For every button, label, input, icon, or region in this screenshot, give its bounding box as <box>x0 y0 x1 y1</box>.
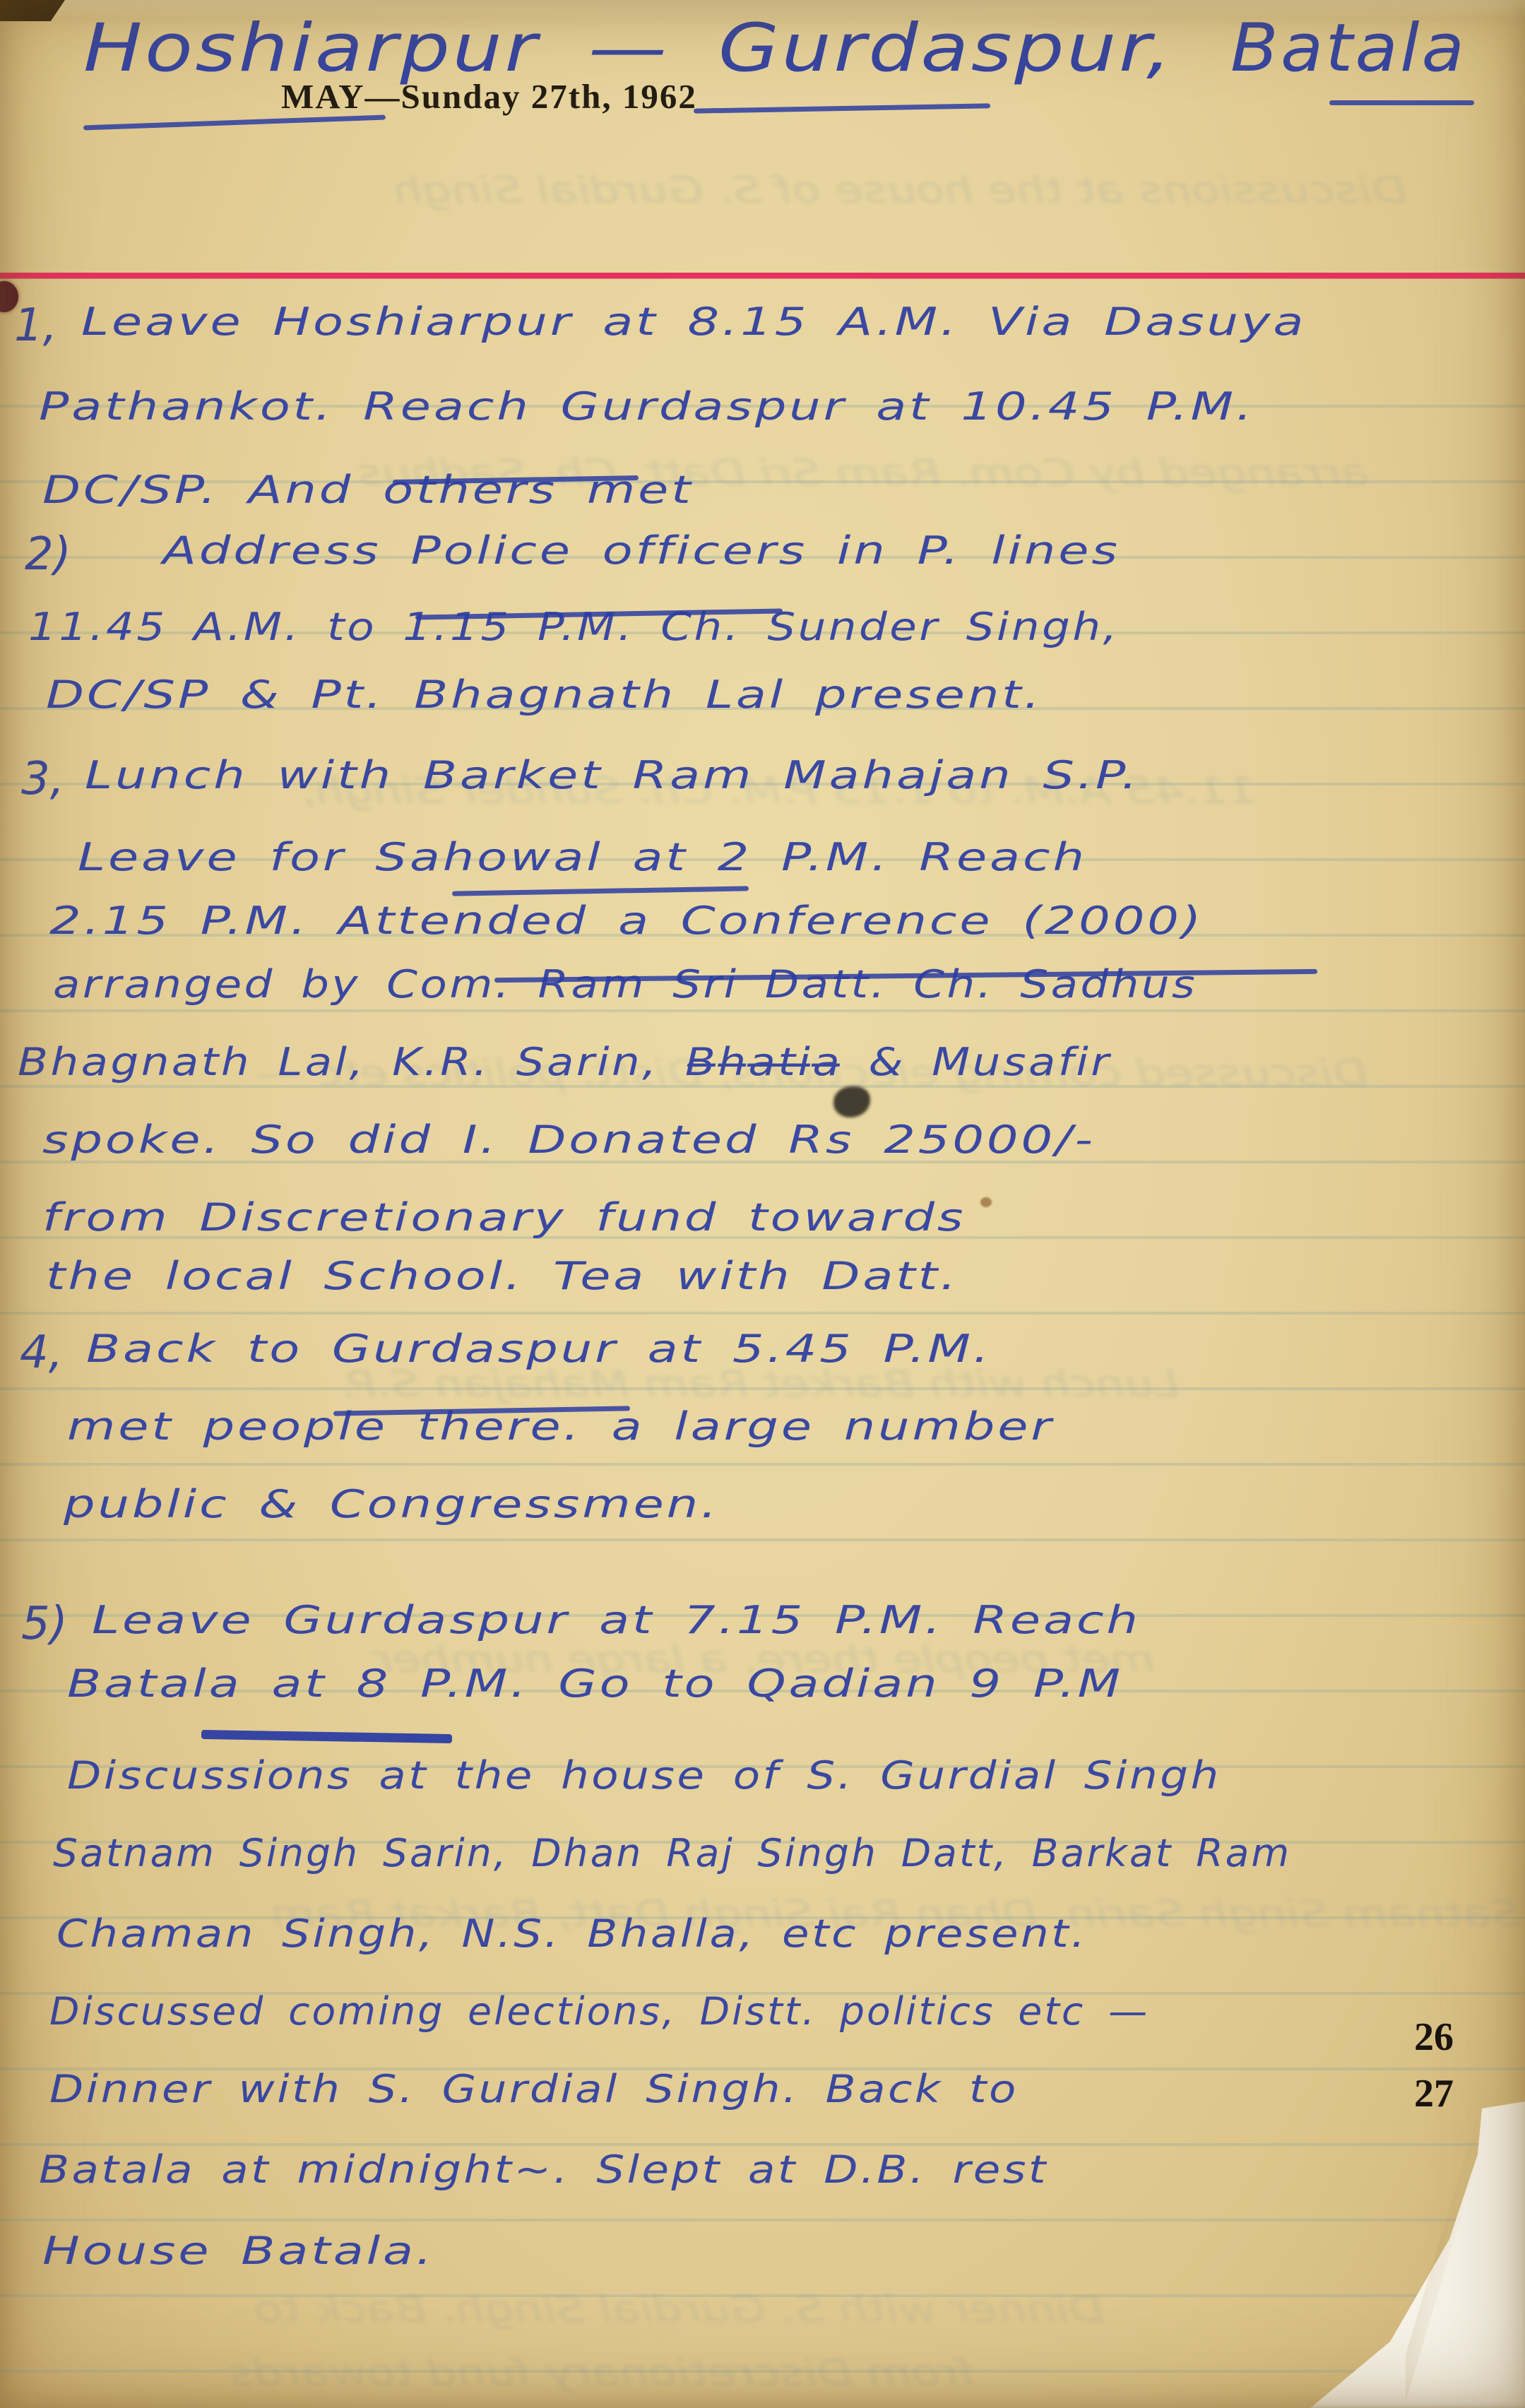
underline-mark <box>201 1730 452 1743</box>
entry-5-marker: 5) <box>21 1598 68 1650</box>
entry-5-line: Batala at 8 P.M. Go to Qadian 9 P.M <box>67 1661 1123 1706</box>
printed-date: MAY—Sunday 27th, 1962 <box>281 76 697 117</box>
ghost-text: Dinner with S. Gurdial Singh. Back to <box>254 2289 1104 2331</box>
entry-5-line: Batala at midnight~. Slept at D.B. rest <box>39 2147 1048 2192</box>
entry-2-marker: 2) <box>25 528 71 581</box>
entry-5-line: Chaman Singh, N.S. Bhalla, etc present. <box>57 1911 1088 1956</box>
entry-2-line: Address Police officers in P. lines <box>162 528 1120 573</box>
entry-2-line: 11.45 A.M. to 1.15 P.M. Ch. Sunder Singh… <box>28 605 1120 649</box>
date-divider-rule <box>0 273 1525 278</box>
route-title-right: Batala <box>1230 10 1466 87</box>
entry-1-line: Leave Hoshiarpur at 8.15 A.M. Via Dasuya <box>81 299 1306 344</box>
entry-3-line: spoke. So did I. Donated Rs 25000/- <box>42 1117 1096 1162</box>
entry-3-line: arranged by Com. Ram Sri Datt. Ch. Sadhu… <box>53 962 1197 1007</box>
route-title-left: Hoshiarpur — Gurdaspur, <box>83 10 1174 87</box>
entry-4-line: public & Congressmen. <box>64 1482 719 1526</box>
ghost-text: from Discretionary fund towards <box>229 2352 974 2395</box>
diary-page: Discussions at the house of S. Gurdial S… <box>0 0 1525 2408</box>
entry-4-line: Back to Gurdaspur at 5.45 P.M. <box>86 1327 992 1371</box>
entry-3-line: from Discretionary fund towards <box>42 1195 966 1240</box>
underline-mark <box>694 103 990 113</box>
entry-2-line: DC/SP & Pt. Bhagnath Lal present. <box>46 672 1043 717</box>
entry-3-line: 2.15 P.M. Attended a Conference (2000) <box>49 898 1204 943</box>
underline-mark <box>1329 100 1474 105</box>
entry-3-line: Leave for Sahowal at 2 P.M. Reach <box>78 835 1087 879</box>
entry-4-line: met people there. a large number <box>67 1404 1054 1449</box>
ink-blot <box>833 1086 870 1117</box>
entry-1-line: DC/SP. And others met <box>42 468 694 512</box>
entry-3-marker: 3, <box>21 753 64 805</box>
entry-5-line: Discussed coming elections, Distt. polit… <box>49 1989 1149 2034</box>
ghost-text: Discussions at the house of S. Gurdial S… <box>393 170 1406 212</box>
page-number-26: 26 <box>1414 2015 1454 2060</box>
entry-4-marker: 4, <box>20 1327 63 1379</box>
entry-3-line: the local School. Tea with Datt. <box>46 1254 959 1298</box>
entry-5-line: Leave Gurdaspur at 7.15 P.M. Reach <box>92 1598 1141 1642</box>
entry-3-line: Lunch with Barket Ram Mahajan S.P. <box>85 753 1140 797</box>
entry-3-line: Bhagnath Lal, K.R. Sarin, B̶h̶a̶t̶i̶a̶ &… <box>18 1040 1111 1084</box>
underline-mark <box>452 886 749 896</box>
underline-mark <box>83 115 386 131</box>
entry-5-line: Satnam Singh Sarin, Dhan Raj Singh Datt,… <box>53 1831 1291 1875</box>
paper-speck <box>980 1197 992 1207</box>
entry-5-line: Dinner with S. Gurdial Singh. Back to <box>49 2067 1019 2111</box>
entry-1-marker: 1, <box>14 299 57 352</box>
page-number-27: 27 <box>1414 2071 1454 2116</box>
entry-1-line: Pathankot. Reach Gurdaspur at 10.45 P.M. <box>39 384 1254 429</box>
entry-5-line: Discussions at the house of S. Gurdial S… <box>67 1753 1221 1798</box>
entry-5-line: House Batala. <box>42 2229 434 2273</box>
